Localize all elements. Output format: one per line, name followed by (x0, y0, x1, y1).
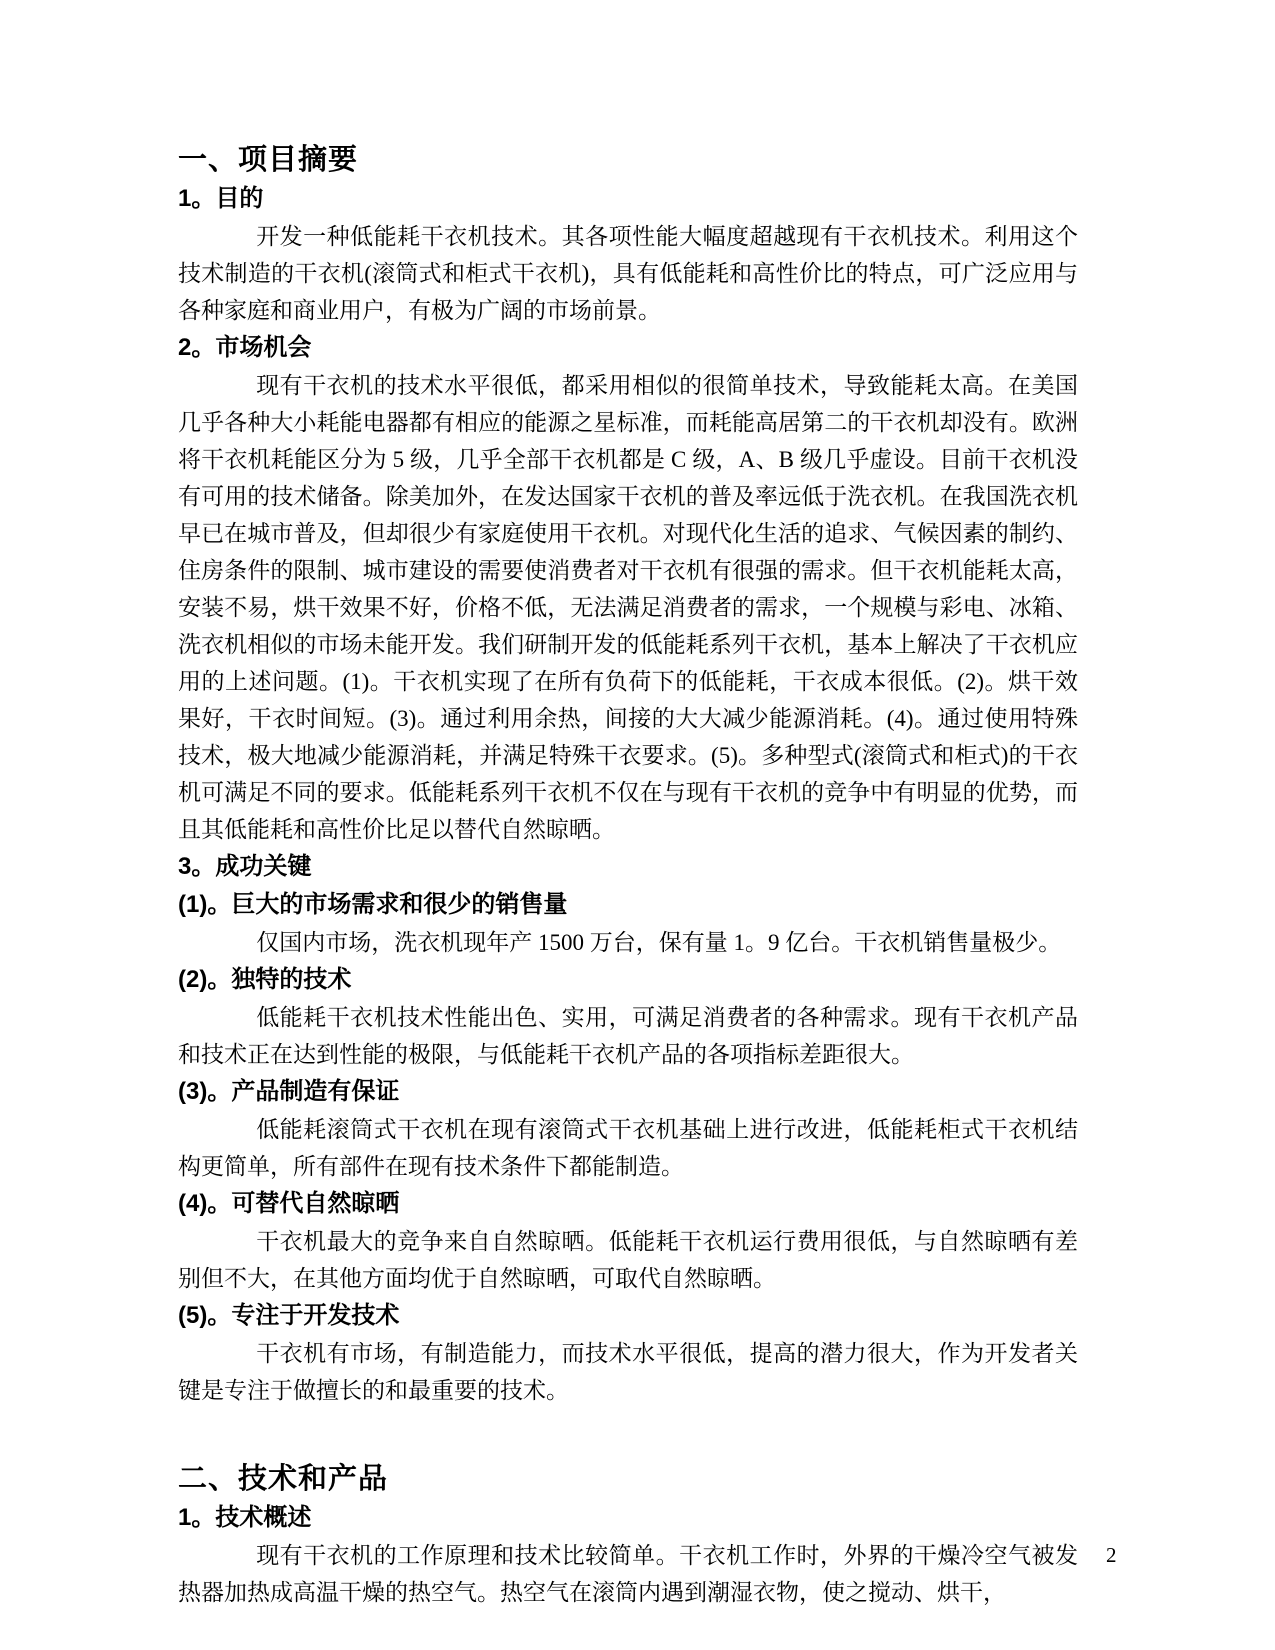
subheading-key-5-focus-on-technology: (5)。专注于开发技术 (178, 1297, 1078, 1335)
subheading-success-keys: 3。成功关键 (178, 848, 1078, 886)
heading-project-summary: 一、项目摘要 (178, 140, 1078, 180)
paragraph-key-3-manufacturing-guarantee: 低能耗滚筒式干衣机在现有滚筒式干衣机基础上进行改进，低能耗柜式干衣机结构更简单，… (178, 1111, 1078, 1185)
paragraph-key-1-market-demand: 仅国内市场，洗衣机现年产 1500 万台，保有量 1。9 亿台。干衣机销售量极少… (178, 924, 1078, 961)
subheading-key-1-market-demand: (1)。巨大的市场需求和很少的销售量 (178, 886, 1078, 924)
subheading-technology-overview: 1。技术概述 (178, 1499, 1078, 1537)
document-page: 一、项目摘要 1。目的 开发一种低能耗干衣机技术。其各项性能大幅度超越现有干衣机… (0, 0, 1275, 1650)
paragraph-technology-overview: 现有干衣机的工作原理和技术比较简单。干衣机工作时，外界的干燥冷空气被发热器加热成… (178, 1537, 1078, 1611)
paragraph-purpose: 开发一种低能耗干衣机技术。其各项性能大幅度超越现有干衣机技术。利用这个技术制造的… (178, 218, 1078, 329)
paragraph-market-opportunity: 现有干衣机的技术水平很低，都采用相似的很简单技术，导致能耗太高。在美国几乎各种大… (178, 367, 1078, 848)
subheading-purpose: 1。目的 (178, 180, 1078, 218)
subheading-key-3-manufacturing-guarantee: (3)。产品制造有保证 (178, 1073, 1078, 1111)
paragraph-key-5-focus-on-technology: 干衣机有市场，有制造能力，而技术水平很低，提高的潜力很大，作为开发者关键是专注于… (178, 1335, 1078, 1409)
paragraph-key-4-replace-air-drying: 干衣机最大的竞争来自自然晾晒。低能耗干衣机运行费用很低，与自然晾晒有差别但不大，… (178, 1223, 1078, 1297)
subheading-market-opportunity: 2。市场机会 (178, 329, 1078, 367)
paragraph-key-2-unique-technology: 低能耗干衣机技术性能出色、实用，可满足消费者的各种需求。现有干衣机产品和技术正在… (178, 999, 1078, 1073)
subheading-key-2-unique-technology: (2)。独特的技术 (178, 961, 1078, 999)
page-number: 2 (1106, 1543, 1117, 1567)
document-body: 一、项目摘要 1。目的 开发一种低能耗干衣机技术。其各项性能大幅度超越现有干衣机… (178, 140, 1078, 1611)
subheading-key-4-replace-air-drying: (4)。可替代自然晾晒 (178, 1185, 1078, 1223)
heading-technology-and-products: 二、技术和产品 (178, 1459, 1078, 1499)
